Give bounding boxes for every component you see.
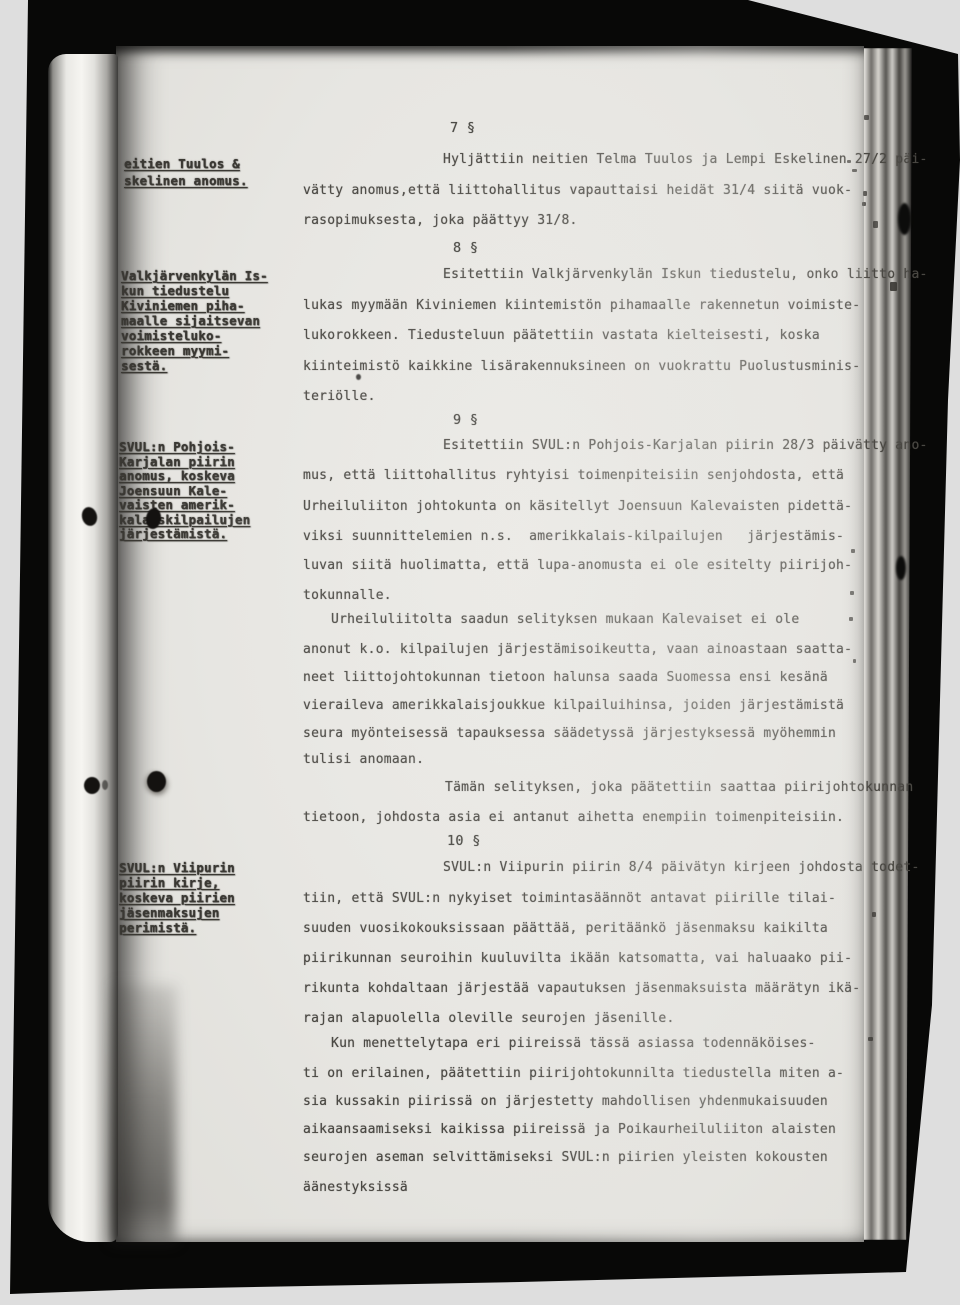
body-line: Esitettiin SVUL:n Pohjois-Karjalan piiri… [443,438,928,454]
body-line: Tämän selityksen, joka päätettiin saatta… [445,780,913,796]
edge-mark [849,617,853,621]
margin-note-line: SVUL:n Pohjois- [119,440,250,455]
body-line: seurojen aseman selvittämiseksi SVUL:n p… [303,1150,828,1166]
edge-bump [896,556,906,580]
section-heading-7: 7 § [450,120,475,136]
body-line: teriölle. [303,389,376,405]
margin-note-line: Kiviniemen piha- [121,298,268,313]
margin-note-line: eitien Tuulos & [124,155,248,172]
scanned-document-photo: 7 § 8 § 9 § 10 § Hyljättiin neitien Telm… [0,0,960,1305]
edge-mark [890,282,897,291]
edge-mark [864,115,869,120]
margin-note-line: koskeva piirien [119,890,235,905]
edge-mark [862,202,866,206]
edge-mark [868,1037,873,1041]
margin-note-8: Valkjärvenkylän Is- kun tiedustelu Kivin… [121,268,268,373]
margin-note-line: maalle sijaitsevan [121,313,268,328]
bottom-smudge [112,985,176,1243]
margin-note-line: voimisteluko- [121,328,268,343]
edge-mark [850,591,854,595]
body-line: tokunnalle. [303,588,392,604]
body-line: anonut k.o. kilpailujen järjestämisoikeu… [303,642,852,658]
margin-note-7: eitien Tuulos & skelinen anomus. [124,155,248,189]
body-line: mus, että liittohallitus ryhtyisi toimen… [303,468,844,484]
edge-mark [873,221,878,228]
ink-blot [84,777,100,794]
margin-note-9: SVUL:n Pohjois- Karjalan piirin anomus, … [119,440,250,542]
margin-note-line: kalaiskilpailujen [119,513,250,528]
body-line: Urheiluliiton johtokunta on käsitellyt J… [303,499,852,515]
body-line: SVUL:n Viipurin piirin 8/4 päivätyn kirj… [443,860,920,876]
margin-note-line: skelinen anomus. [124,172,248,189]
edge-mark [853,659,856,663]
body-line: suuden vuosikokouksissaan päättää, perit… [303,921,828,937]
margin-note-line: kun tiedustelu [121,283,268,298]
margin-note-line: Valkjärvenkylän Is- [121,268,268,283]
body-line: rajan alapuolella oleville seurojen jäse… [303,1011,675,1027]
body-line: tiin, että SVUL:n nykyiset toimintasäänn… [303,891,836,907]
margin-note-line: Karjalan piirin [119,455,250,470]
margin-note-line: Joensuun Kale- [119,484,250,499]
body-line: neet liittojohtokunnan tietoon halunsa s… [303,670,828,686]
body-line: seura myönteisessä tapauksessa säädetyss… [303,726,836,742]
body-line: Hyljättiin neitien Telma Tuulos ja Lempi… [443,152,928,168]
page-fold-edge [48,54,118,1242]
body-line: Urheiluliitolta saadun selityksen mukaan… [331,612,799,628]
margin-note-line: järjestämistä. [119,527,250,542]
body-line: Kun menettelytapa eri piireissä tässä as… [331,1036,816,1052]
body-line: tulisi anomaan. [303,752,424,768]
body-line: rasopimuksesta, joka päättyy 31/8. [303,213,578,229]
body-line: aikaansaamiseksi kaikissa piireissä ja P… [303,1122,836,1138]
margin-note-10: SVUL:n Viipurin piirin kirje, koskeva pi… [119,860,235,935]
edge-bump [898,203,911,235]
margin-note-line: sestä. [121,358,268,373]
margin-note-line: piirin kirje, [119,875,235,890]
body-line: lukorokkeen. Tiedusteluun päätettiin vas… [303,328,820,344]
edge-mark [872,912,876,917]
margin-note-line: SVUL:n Viipurin [119,860,235,875]
edge-mark [863,191,867,196]
body-line: vätty anomus,että liittohallitus vapautt… [303,183,852,199]
body-line: rikunta kohdaltaan järjestää vapautuksen… [303,981,860,997]
section-heading-10: 10 § [447,833,481,849]
ink-blot [102,780,108,790]
body-line: sia kussakin piirissä on järjestetty mah… [303,1094,828,1110]
edge-mark [851,549,855,553]
body-line: piirikunnan seuroihin kuuluvilta ikään k… [303,951,852,967]
ink-blot [147,771,166,792]
body-line: viksi suunnittelemien n.s. amerikkalais-… [303,529,844,545]
margin-note-line: rokkeen myymi- [121,343,268,358]
section-heading-8: 8 § [453,240,478,256]
margin-note-line: perimistä. [119,920,235,935]
body-line: lukas myymään Kiviniemen kiintemistön pi… [303,298,860,314]
body-line: tietoon, johdosta asia ei antanut aihett… [303,810,844,826]
speck [356,374,361,380]
body-line: ti on erilainen, päätettiin piirijohtoku… [303,1066,844,1082]
edge-mark [847,160,851,163]
section-heading-9: 9 § [453,412,478,428]
body-line: äänestyksissä [303,1180,408,1196]
margin-note-line: jäsenmaksujen [119,905,235,920]
body-line: kiinteimistö kaikkine lisärakennuksineen… [303,359,860,375]
body-line: Esitettiin Valkjärvenkylän Iskun tiedust… [443,267,928,283]
body-line: luvan siitä huolimatta, että lupa-anomus… [303,558,852,574]
margin-note-line: anomus, koskeva [119,469,250,484]
edge-mark [852,169,857,172]
margin-note-line: vaisten amerik- [119,498,250,513]
body-line: vieraileva amerikkalaisjoukkue kilpailui… [303,698,844,714]
